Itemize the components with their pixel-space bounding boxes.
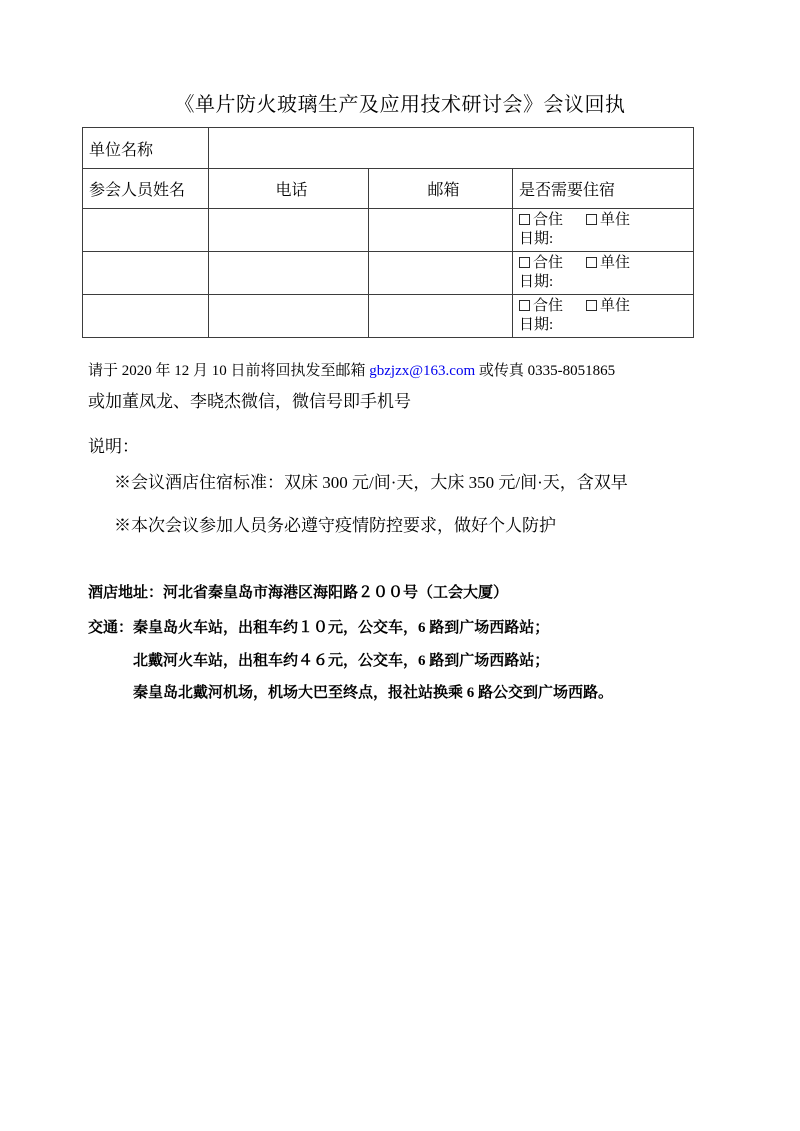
date-label: 日期: xyxy=(519,231,553,247)
date-label: 日期: xyxy=(519,317,553,333)
lodging-options-line: 合住单住 xyxy=(519,211,693,230)
table-header-row: 参会人员姓名 电话 邮箱 是否需要住宿 xyxy=(83,169,694,209)
page-title: 《单片防火玻璃生产及应用技术研讨会》会议回执 xyxy=(0,88,800,117)
single-room-label: 单住 xyxy=(600,212,630,228)
note-epidemic-prevention: ※本次会议参加人员务必遵守疫情防控要求，做好个人防护 xyxy=(114,515,556,536)
checkbox-single-room-icon[interactable] xyxy=(586,257,597,268)
table-row-attendee-3: 合住单住 日期: xyxy=(83,295,694,338)
traffic-line-beidaihe-station: 北戴河火车站，出租车约４６元，公交车，6 路到广场西路站； xyxy=(133,651,549,672)
reply-deadline-line: 请于 2020 年 12 月 10 日前将回执发至邮箱 gbzjzx@163.c… xyxy=(88,361,615,382)
traffic-label: 交通： xyxy=(88,618,133,639)
table-row-attendee-1: 合住单住 日期: xyxy=(83,209,694,252)
lodging-options-line: 合住单住 xyxy=(519,254,693,273)
attendee-name-input-cell[interactable] xyxy=(83,252,209,295)
checkbox-shared-room-icon[interactable] xyxy=(519,257,530,268)
single-room-label: 单住 xyxy=(600,255,630,271)
attendee-phone-input-cell[interactable] xyxy=(209,209,369,252)
attendee-name-input-cell[interactable] xyxy=(83,295,209,338)
checkbox-shared-room-icon[interactable] xyxy=(519,300,530,311)
date-label: 日期: xyxy=(519,274,553,290)
lodging-date-line: 日期: xyxy=(519,273,693,292)
checkbox-shared-room-icon[interactable] xyxy=(519,214,530,225)
table-row-attendee-2: 合住单住 日期: xyxy=(83,252,694,295)
lodging-date-line: 日期: xyxy=(519,230,693,249)
traffic-line-qinhuangdao-station: 秦皇岛火车站，出租车约１０元，公交车，6 路到广场西路站； xyxy=(133,618,549,639)
notes-heading: 说明： xyxy=(88,436,139,457)
checkbox-single-room-icon[interactable] xyxy=(586,300,597,311)
note-hotel-rate: ※会议酒店住宿标准：双床 300 元/间·天，大床 350 元/间·天，含双早 xyxy=(114,472,628,493)
wechat-contact-line: 或加董凤龙、李晓杰微信，微信号即手机号 xyxy=(88,391,411,412)
registration-table: 单位名称 参会人员姓名 电话 邮箱 是否需要住宿 合住单住 日期: xyxy=(82,127,694,338)
lodging-cell: 合住单住 日期: xyxy=(513,252,694,295)
lodging-options-line: 合住单住 xyxy=(519,297,693,316)
checkbox-single-room-icon[interactable] xyxy=(586,214,597,225)
single-room-label: 单住 xyxy=(600,298,630,314)
unit-name-input-cell[interactable] xyxy=(209,128,694,169)
attendee-name-input-cell[interactable] xyxy=(83,209,209,252)
header-lodging: 是否需要住宿 xyxy=(513,169,694,209)
shared-room-label: 合住 xyxy=(533,255,563,271)
unit-name-label: 单位名称 xyxy=(83,128,209,169)
lodging-cell: 合住单住 日期: xyxy=(513,295,694,338)
attendee-phone-input-cell[interactable] xyxy=(209,295,369,338)
header-attendee-name: 参会人员姓名 xyxy=(83,169,209,209)
lodging-cell: 合住单住 日期: xyxy=(513,209,694,252)
attendee-email-input-cell[interactable] xyxy=(369,252,513,295)
attendee-email-input-cell[interactable] xyxy=(369,295,513,338)
attendee-email-input-cell[interactable] xyxy=(369,209,513,252)
header-email: 邮箱 xyxy=(369,169,513,209)
attendee-phone-input-cell[interactable] xyxy=(209,252,369,295)
document-page: 《单片防火玻璃生产及应用技术研讨会》会议回执 单位名称 参会人员姓名 电话 邮箱… xyxy=(0,0,800,1131)
table-row-unit-name: 单位名称 xyxy=(83,128,694,169)
shared-room-label: 合住 xyxy=(533,298,563,314)
deadline-text-prefix: 请于 2020 年 12 月 10 日前将回执发至邮箱 xyxy=(88,363,369,379)
deadline-text-suffix: 或传真 0335-8051865 xyxy=(475,363,615,379)
traffic-line-airport: 秦皇岛北戴河机场，机场大巴至终点，报社站换乘 6 路公交到广场西路。 xyxy=(133,683,613,704)
hotel-address-line: 酒店地址：河北省秦皇岛市海港区海阳路２００号（工会大厦） xyxy=(88,583,508,604)
shared-room-label: 合住 xyxy=(533,212,563,228)
email-link[interactable]: gbzjzx@163.com xyxy=(369,363,475,379)
lodging-date-line: 日期: xyxy=(519,316,693,335)
header-phone: 电话 xyxy=(209,169,369,209)
